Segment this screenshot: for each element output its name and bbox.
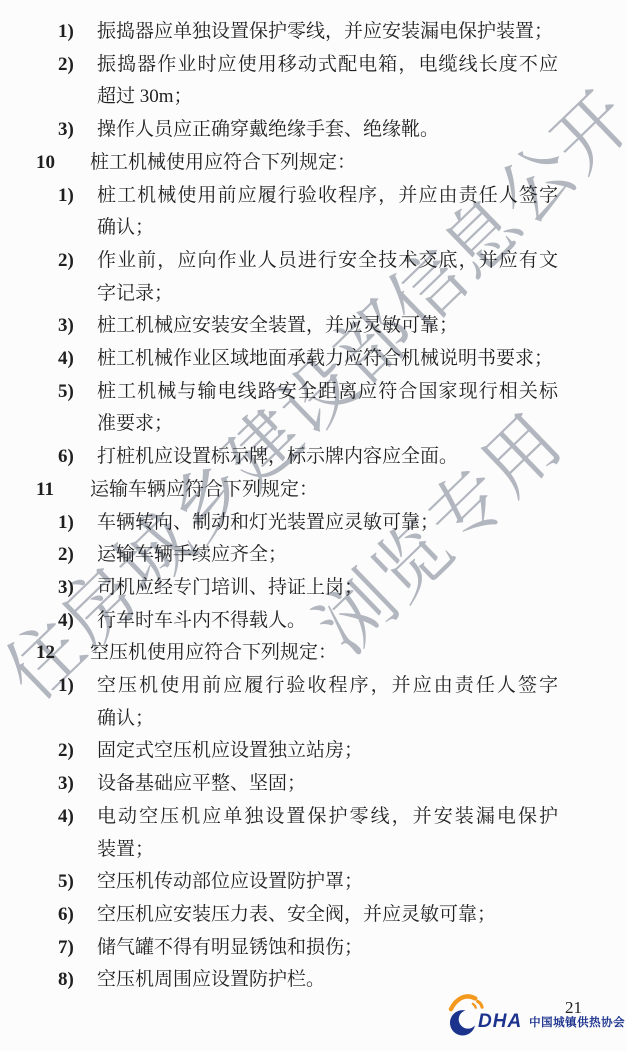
item-number: 3)	[58, 572, 74, 605]
item-number: 5)	[58, 866, 74, 899]
item-text: 空压机使用应符合下列规定：	[90, 637, 626, 670]
item-text-line: 桩工机械使用前应履行验收程序，并应由责任人签字	[97, 180, 558, 213]
item-number: 5)	[58, 376, 74, 409]
dha-logo: DHA 中国城镇供热协会	[448, 989, 625, 1039]
item-number: 4)	[58, 343, 74, 376]
item-text-line: 运输车辆应符合下列规定：	[90, 474, 626, 507]
item-text-line: 司机应经专门培训、持证上岗；	[97, 572, 558, 605]
item-number: 8)	[58, 964, 74, 997]
list-item: 3) 操作人员应正确穿戴绝缘手套、绝缘靴。	[0, 114, 626, 147]
item-text: 振捣器作业时应使用移动式配电箱，电缆线长度不应超过 30m；	[97, 49, 626, 114]
item-text-line: 车辆转向、制动和灯光装置应灵敏可靠；	[97, 507, 558, 540]
item-number: 11	[36, 474, 54, 507]
list-item: 1) 空压机使用前应履行验收程序，并应由责任人签字确认；	[0, 670, 626, 735]
item-text: 空压机应安装压力表、安全阀，并应灵敏可靠；	[97, 899, 626, 932]
item-text-line: 固定式空压机应设置独立站房；	[97, 735, 558, 768]
item-text-line: 打桩机应设置标示牌，标示牌内容应全面。	[97, 441, 558, 474]
list-item: 12 空压机使用应符合下列规定：	[0, 637, 626, 670]
list-item: 3) 设备基础应平整、坚固；	[0, 768, 626, 801]
list-item: 6) 打桩机应设置标示牌，标示牌内容应全面。	[0, 441, 626, 474]
item-text-line: 振捣器作业时应使用移动式配电箱，电缆线长度不应	[97, 49, 558, 82]
item-number: 2)	[58, 735, 74, 768]
item-text-line: 桩工机械作业区域地面承载力应符合机械说明书要求；	[97, 343, 558, 376]
list-item: 6) 空压机应安装压力表、安全阀，并应灵敏可靠；	[0, 899, 626, 932]
item-text: 空压机使用前应履行验收程序，并应由责任人签字确认；	[97, 670, 626, 735]
item-text: 空压机传动部位应设置防护罩；	[97, 866, 626, 899]
item-text-line: 桩工机械使用应符合下列规定：	[90, 147, 626, 180]
item-text-line: 作业前，应向作业人员进行安全技术交底，并应有文	[97, 245, 558, 278]
list-item: 5) 空压机传动部位应设置防护罩；	[0, 866, 626, 899]
list-item: 2) 振捣器作业时应使用移动式配电箱，电缆线长度不应超过 30m；	[0, 49, 626, 114]
item-text-line: 装置；	[97, 834, 558, 867]
item-number: 6)	[58, 441, 74, 474]
list-item: 10 桩工机械使用应符合下列规定：	[0, 147, 626, 180]
list-item: 4) 行车时车斗内不得载人。	[0, 605, 626, 638]
item-number: 10	[36, 147, 55, 180]
list-item: 2) 作业前，应向作业人员进行安全技术交底，并应有文字记录；	[0, 245, 626, 310]
list-item: 4) 电动空压机应单独设置保护零线，并安装漏电保护装置；	[0, 801, 626, 866]
item-number: 3)	[58, 114, 74, 147]
item-text-line: 确认；	[97, 212, 558, 245]
item-text-line: 字记录；	[97, 278, 558, 311]
item-text-line: 设备基础应平整、坚固；	[97, 768, 558, 801]
item-number: 1)	[58, 670, 74, 703]
item-text-line: 运输车辆手续应齐全；	[97, 539, 558, 572]
list-item: 7) 储气罐不得有明显锈蚀和损伤；	[0, 932, 626, 965]
dha-logo-abbr: DHA	[478, 1011, 522, 1039]
item-text: 储气罐不得有明显锈蚀和损伤；	[97, 932, 626, 965]
item-text-line: 空压机使用前应履行验收程序，并应由责任人签字	[97, 670, 558, 703]
item-text: 运输车辆应符合下列规定：	[90, 474, 626, 507]
list-item: 1) 振捣器应单独设置保护零线，并应安装漏电保护装置；	[0, 16, 626, 49]
document-page: 住房城乡建设部信息公开 浏览专用 1) 振捣器应单独设置保护零线，并应安装漏电保…	[0, 0, 626, 1051]
item-text: 运输车辆手续应齐全；	[97, 539, 626, 572]
item-text-line: 空压机使用应符合下列规定：	[90, 637, 626, 670]
item-text: 桩工机械应安装安全装置，并应灵敏可靠；	[97, 310, 626, 343]
item-number: 2)	[58, 49, 74, 82]
list-item: 4) 桩工机械作业区域地面承载力应符合机械说明书要求；	[0, 343, 626, 376]
item-text: 桩工机械作业区域地面承载力应符合机械说明书要求；	[97, 343, 626, 376]
item-number: 12	[36, 637, 55, 670]
item-text-line: 储气罐不得有明显锈蚀和损伤；	[97, 932, 558, 965]
item-text: 桩工机械使用前应履行验收程序，并应由责任人签字确认；	[97, 180, 626, 245]
item-text: 操作人员应正确穿戴绝缘手套、绝缘靴。	[97, 114, 626, 147]
list-item: 3) 司机应经专门培训、持证上岗；	[0, 572, 626, 605]
item-number: 3)	[58, 768, 74, 801]
document-body: 1) 振捣器应单独设置保护零线，并应安装漏电保护装置； 2) 振捣器作业时应使用…	[0, 0, 626, 997]
item-text-line: 操作人员应正确穿戴绝缘手套、绝缘靴。	[97, 114, 558, 147]
item-text-line: 桩工机械应安装安全装置，并应灵敏可靠；	[97, 310, 558, 343]
item-text-line: 振捣器应单独设置保护零线，并应安装漏电保护装置；	[97, 16, 558, 49]
item-text-line: 准要求；	[97, 408, 558, 441]
item-text: 行车时车斗内不得载人。	[97, 605, 626, 638]
item-text-line: 超过 30m；	[97, 81, 558, 114]
item-text-line: 空压机应安装压力表、安全阀，并应灵敏可靠；	[97, 899, 558, 932]
item-number: 4)	[58, 801, 74, 834]
list-item: 2) 运输车辆手续应齐全；	[0, 539, 626, 572]
list-item: 11 运输车辆应符合下列规定：	[0, 474, 626, 507]
list-item: 1) 车辆转向、制动和灯光装置应灵敏可靠；	[0, 507, 626, 540]
item-text-line: 空压机传动部位应设置防护罩；	[97, 866, 558, 899]
item-text: 设备基础应平整、坚固；	[97, 768, 626, 801]
item-number: 6)	[58, 899, 74, 932]
list-item: 5) 桩工机械与输电线路安全距离应符合国家现行相关标准要求；	[0, 376, 626, 441]
item-text-line: 桩工机械与输电线路安全距离应符合国家现行相关标	[97, 376, 558, 409]
item-number: 1)	[58, 507, 74, 540]
item-number: 1)	[58, 180, 74, 213]
list-item: 3) 桩工机械应安装安全装置，并应灵敏可靠；	[0, 310, 626, 343]
item-text: 桩工机械使用应符合下列规定：	[90, 147, 626, 180]
list-item: 1) 桩工机械使用前应履行验收程序，并应由责任人签字确认；	[0, 180, 626, 245]
item-text: 固定式空压机应设置独立站房；	[97, 735, 626, 768]
item-number: 1)	[58, 16, 74, 49]
page-number: 21	[565, 998, 582, 1018]
item-text-line: 电动空压机应单独设置保护零线，并安装漏电保护	[97, 801, 558, 834]
item-text-line: 确认；	[97, 703, 558, 736]
item-text: 电动空压机应单独设置保护零线，并安装漏电保护装置；	[97, 801, 626, 866]
item-text: 振捣器应单独设置保护零线，并应安装漏电保护装置；	[97, 16, 626, 49]
item-number: 4)	[58, 605, 74, 638]
item-number: 2)	[58, 539, 74, 572]
item-number: 3)	[58, 310, 74, 343]
item-number: 2)	[58, 245, 74, 278]
item-text: 司机应经专门培训、持证上岗；	[97, 572, 626, 605]
item-text: 车辆转向、制动和灯光装置应灵敏可靠；	[97, 507, 626, 540]
item-text: 作业前，应向作业人员进行安全技术交底，并应有文字记录；	[97, 245, 626, 310]
item-text: 打桩机应设置标示牌，标示牌内容应全面。	[97, 441, 626, 474]
list-item: 2) 固定式空压机应设置独立站房；	[0, 735, 626, 768]
item-text: 桩工机械与输电线路安全距离应符合国家现行相关标准要求；	[97, 376, 626, 441]
item-number: 7)	[58, 932, 74, 965]
item-text-line: 行车时车斗内不得载人。	[97, 605, 558, 638]
